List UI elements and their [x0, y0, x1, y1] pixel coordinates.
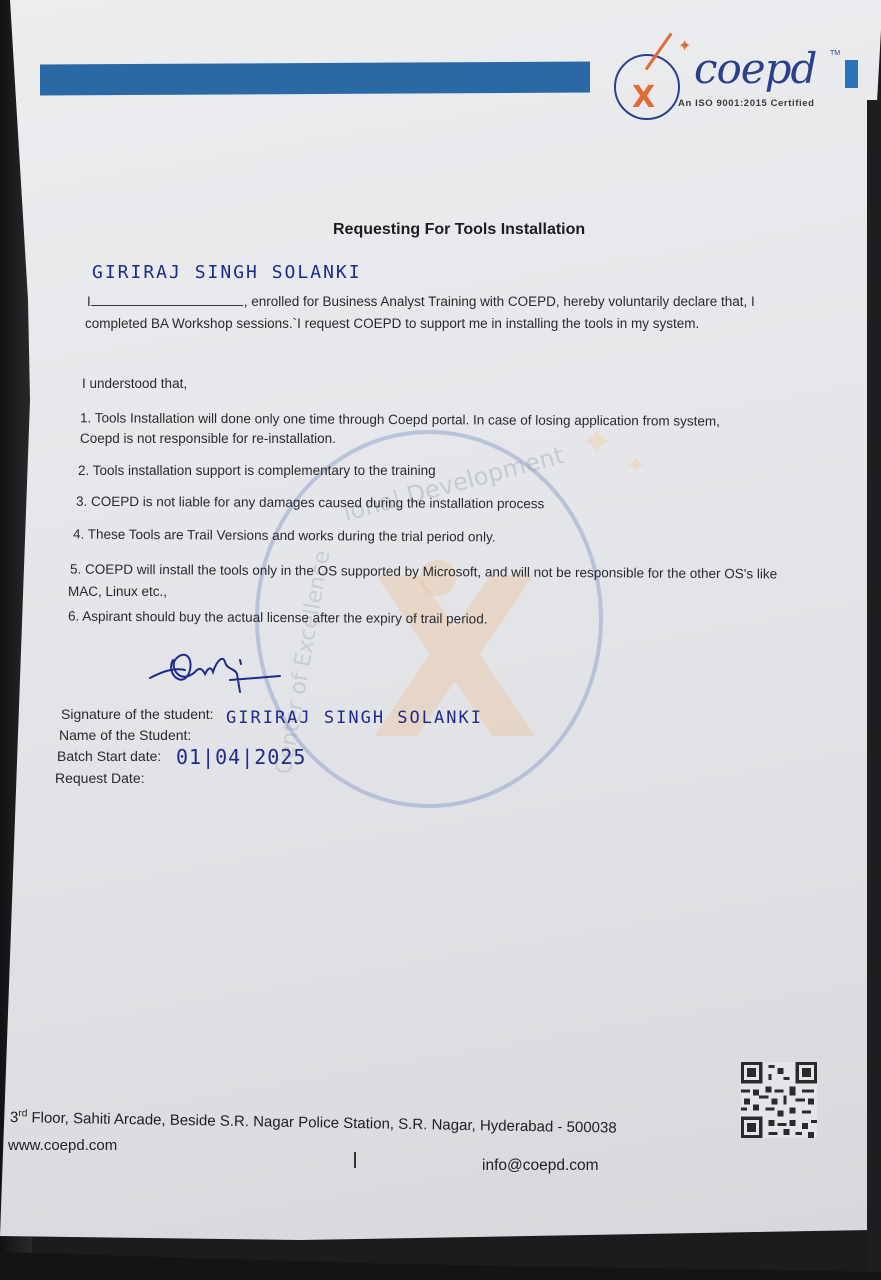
- footer-email[interactable]: info@coepd.com: [482, 1157, 599, 1175]
- term-3: 3. COEPD is not liable for any damages c…: [76, 494, 544, 511]
- background-right: [867, 100, 881, 1280]
- logo-wordmark: coepd: [694, 44, 816, 93]
- background-bottom: [0, 1240, 881, 1280]
- watermark-x-icon: X: [370, 550, 540, 770]
- footer-separator: [354, 1152, 356, 1168]
- term-4: 4. These Tools are Trail Versions and wo…: [73, 527, 496, 545]
- batch-start-value: 01|04|2025: [176, 745, 306, 769]
- signature-label: Signature of the student:: [61, 706, 214, 722]
- coepd-logo: X ✦ coepd TM An ISO 9001:2015 Certified: [608, 38, 848, 118]
- name-blank-line: [91, 293, 243, 306]
- term-5-line-2: MAC, Linux etc.,: [68, 584, 167, 599]
- header-blue-bar: [40, 62, 590, 96]
- term-2: 2. Tools installation support is complem…: [78, 463, 436, 478]
- batch-start-label: Batch Start date:: [57, 748, 161, 764]
- declaration-line-2: completed BA Workshop sessions.`I reques…: [85, 316, 699, 331]
- declaration-line-1: I, enrolled for Business Analyst Trainin…: [87, 293, 755, 309]
- logo-star-icon: ✦: [678, 36, 691, 56]
- signature-scribble: [145, 640, 285, 700]
- term-6: 6. Aspirant should buy the actual licens…: [68, 609, 488, 627]
- declaration-text-1: , enrolled for Business Analyst Training…: [244, 294, 755, 309]
- watermark-star-small-icon: ✦: [625, 450, 647, 481]
- qr-code-icon: [741, 1060, 817, 1140]
- iso-certification: An ISO 9001:2015 Certified: [678, 98, 815, 109]
- student-name-label: Name of the Student:: [59, 727, 191, 743]
- understood-intro: I understood that,: [82, 376, 187, 391]
- handwritten-name-declaration: GIRIRAJ SINGH SOLANKI: [92, 262, 362, 283]
- logo-x-icon: X: [632, 80, 655, 115]
- logo-trademark: TM: [830, 50, 840, 57]
- document-title: Requesting For Tools Installation: [333, 221, 585, 239]
- term-1-line-2: Coepd is not responsible for re-installa…: [80, 431, 336, 446]
- handwritten-name-signature: GIRIRAJ SINGH SOLANKI: [226, 708, 483, 728]
- request-date-label: Request Date:: [55, 770, 145, 786]
- footer-website[interactable]: www.coepd.com: [8, 1137, 117, 1154]
